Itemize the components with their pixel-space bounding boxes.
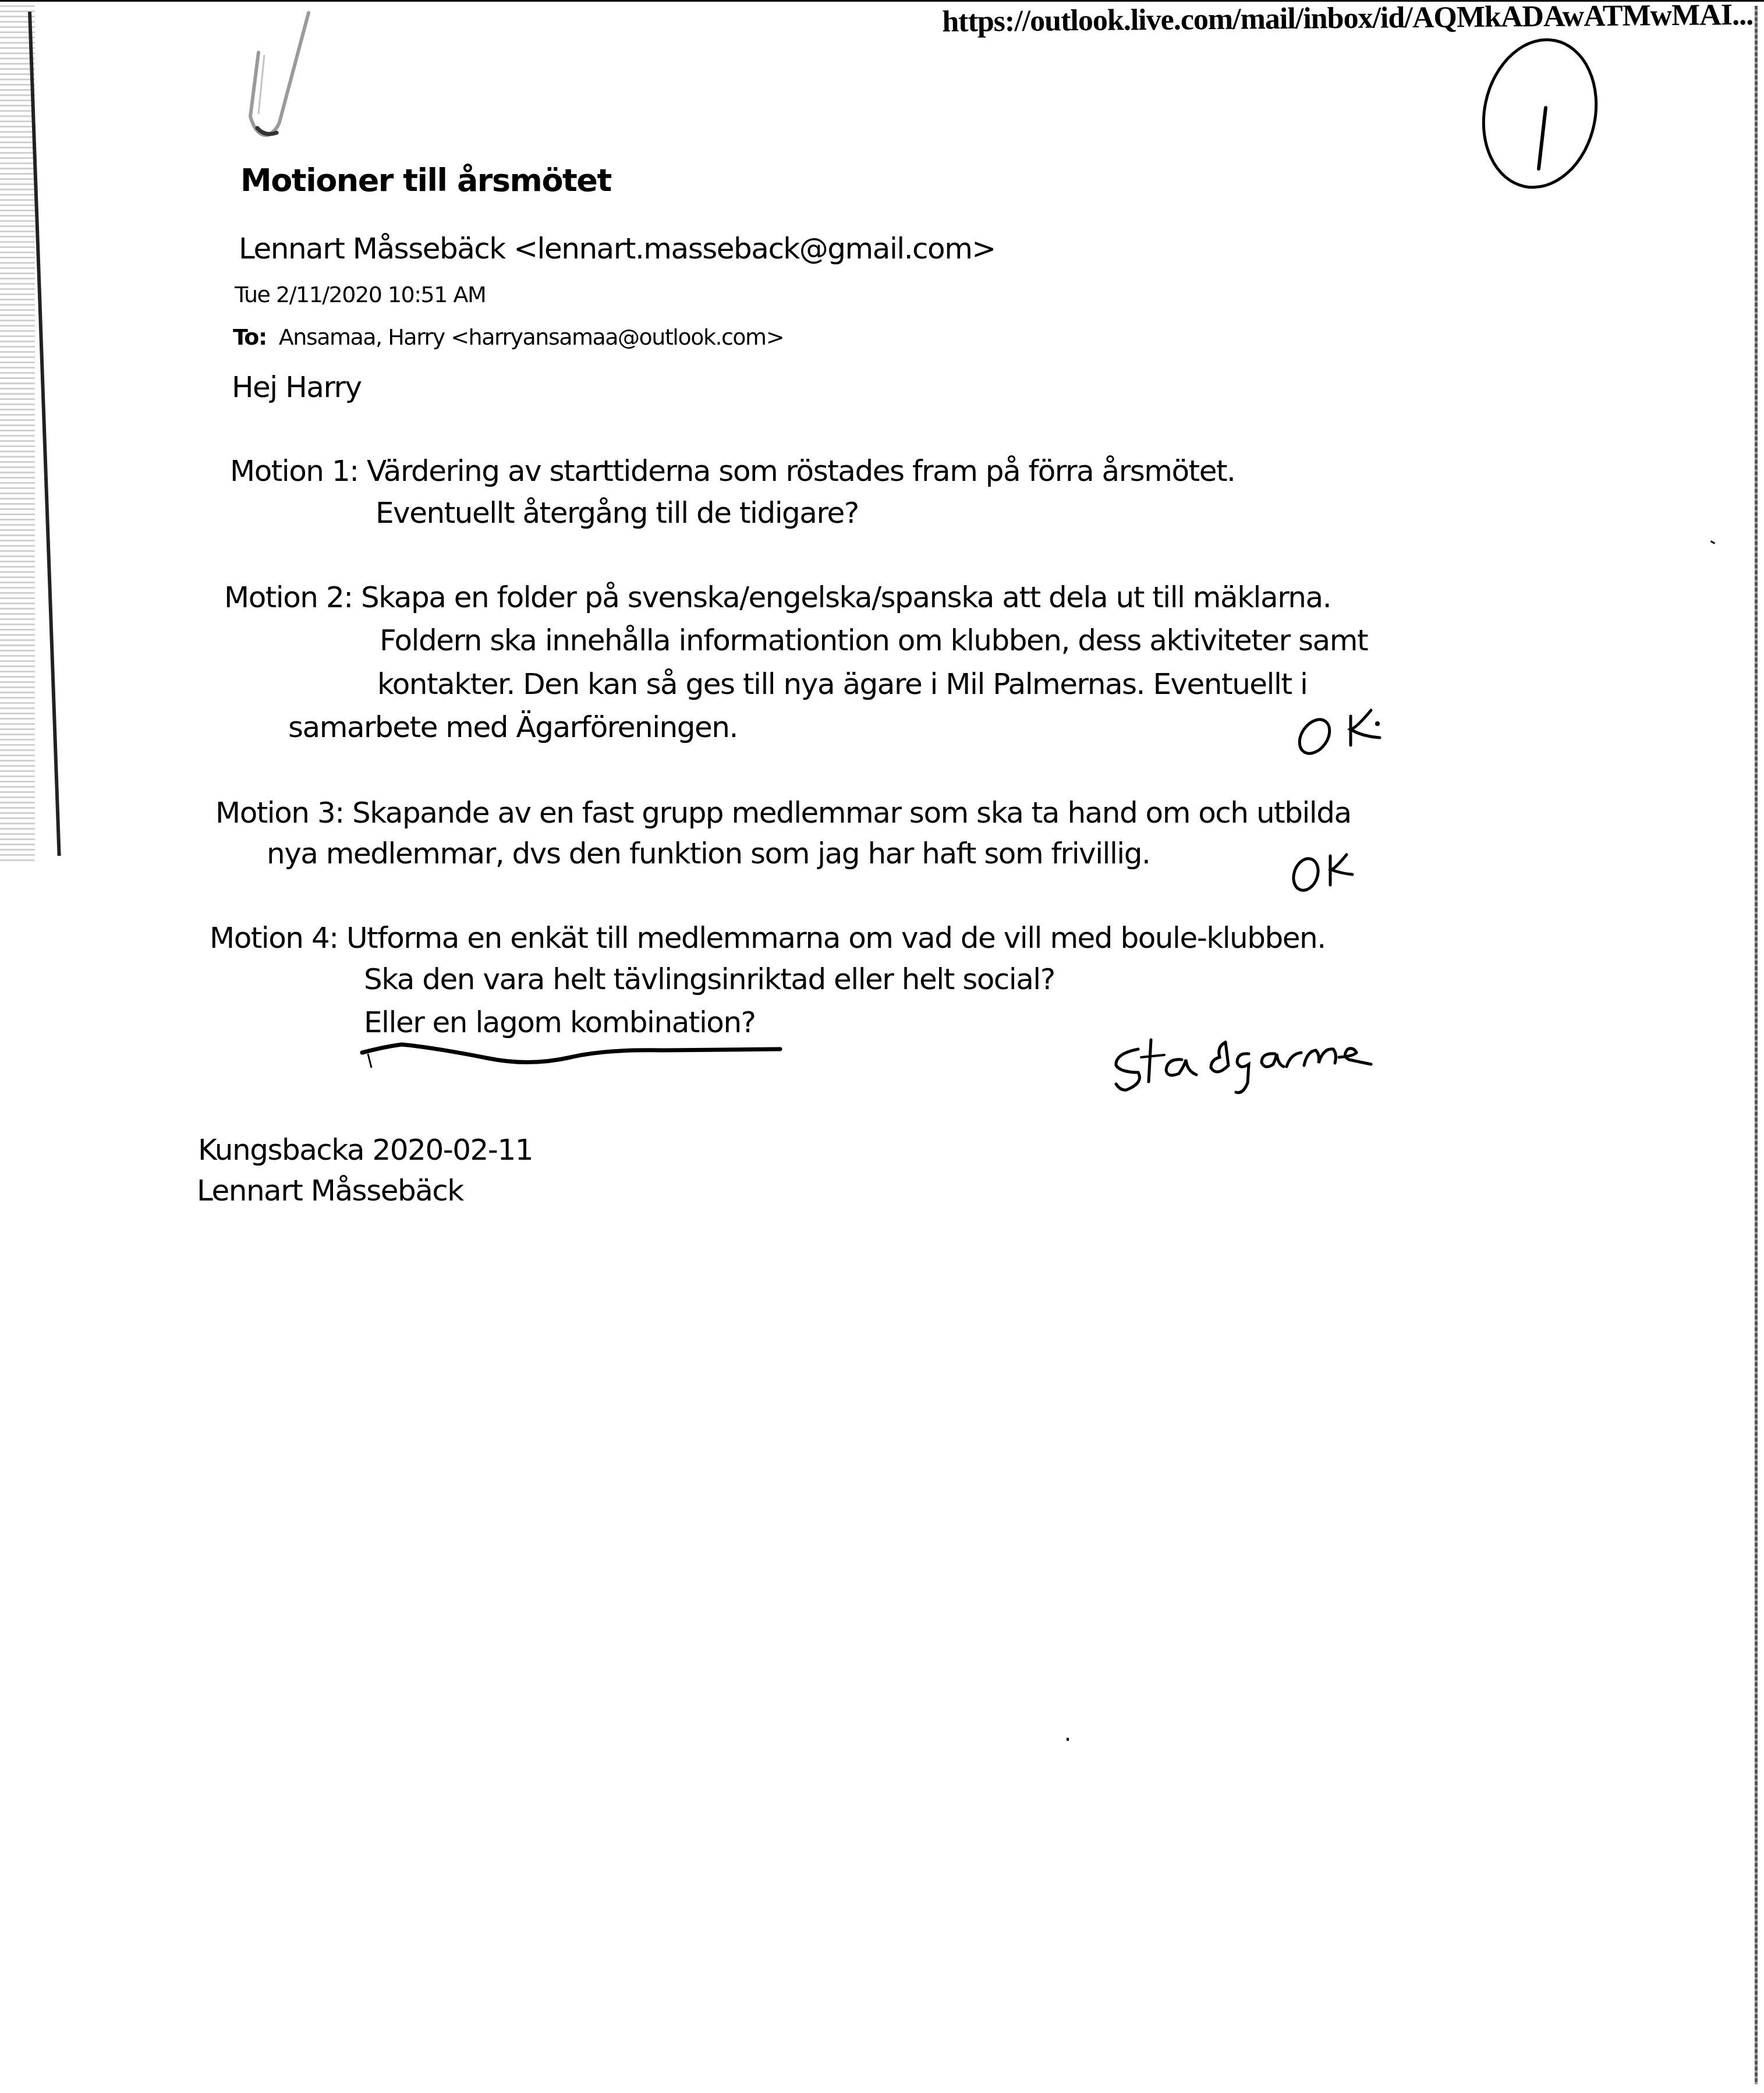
motion-2-line-1: Motion 2: Skapa en folder på svenska/eng… — [224, 580, 1331, 614]
to-value: Ansamaa, Harry <harryansamaa@outlook.com… — [279, 324, 784, 350]
motion-text: Värdering av starttiderna som röstades f… — [367, 454, 1235, 488]
to-label: To: — [233, 324, 267, 350]
motion-3-line-1: Motion 3: Skapande av en fast grupp medl… — [215, 796, 1351, 830]
handwritten-ok-motion-3 — [1290, 850, 1359, 897]
closing-place-date: Kungsbacka 2020-02-11 — [198, 1133, 533, 1167]
motion-text: Skapande av en fast grupp medlemmar som … — [352, 796, 1351, 830]
scan-edge-right — [1755, 6, 1758, 2084]
motion-4-line-1: Motion 4: Utforma en enkät till medlemma… — [210, 921, 1326, 955]
motion-2-line-3: kontakter. Den kan så ges till nya ägare… — [377, 667, 1307, 701]
scan-edge-left — [0, 0, 35, 862]
email-subject: Motioner till årsmötet — [240, 162, 611, 199]
motion-4-line-2: Ska den vara helt tävlingsinriktad eller… — [364, 962, 1055, 996]
handwritten-underline — [361, 1042, 786, 1077]
motion-text: Utforma en enkät till medlemmarna om vad… — [346, 921, 1326, 955]
circled-page-number — [1455, 41, 1630, 192]
paperclip-icon — [245, 6, 320, 140]
closing-signature: Lennart Måssebäck — [197, 1174, 463, 1207]
motion-label: Motion 1: — [230, 454, 359, 488]
motion-1-line-2: Eventuellt återgång till de tidigare? — [376, 496, 859, 530]
motion-3-line-2: nya medlemmar, dvs den funktion som jag … — [267, 837, 1150, 870]
motion-2-line-2: Foldern ska innehålla informationtion om… — [380, 624, 1368, 657]
motion-label: Motion 3: — [215, 796, 344, 830]
email-sender: Lennart Måssebäck <lennart.masseback@gma… — [239, 232, 996, 265]
email-date: Tue 2/11/2020 10:51 AM — [235, 282, 486, 307]
printed-url: https://outlook.live.com/mail/inbox/id/A… — [942, 0, 1753, 39]
motion-label: Motion 4: — [210, 921, 338, 955]
motion-1-line-1: Motion 1: Värdering av starttiderna som … — [230, 454, 1235, 488]
motion-4-line-3: Eller en lagom kombination? — [364, 1005, 756, 1039]
scan-speck — [1067, 1738, 1069, 1741]
scanned-email-page: https://outlook.live.com/mail/inbox/id/A… — [0, 0, 1764, 2093]
handwritten-ok-motion-2 — [1292, 702, 1380, 766]
motion-text: Skapa en folder på svenska/engelska/span… — [361, 580, 1331, 614]
scan-speck — [1710, 540, 1715, 544]
email-recipient: To: Ansamaa, Harry <harryansamaa@outlook… — [233, 324, 784, 350]
motion-label: Motion 2: — [224, 580, 353, 614]
motion-2-line-4: samarbete med Ägarföreningen. — [288, 710, 738, 744]
email-greeting: Hej Harry — [232, 370, 362, 404]
handwritten-stadgarna-note — [1109, 1036, 1377, 1100]
